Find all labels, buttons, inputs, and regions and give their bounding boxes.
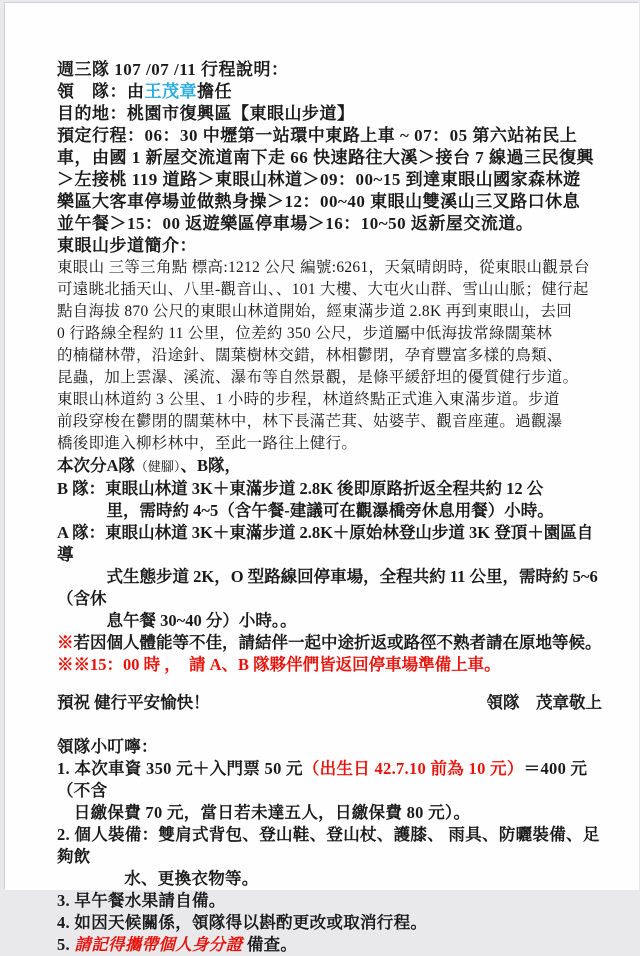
teams-heading-bold: 本次分A隊 <box>57 456 135 475</box>
reminders-heading: 領隊小叮嚀： <box>57 736 602 758</box>
wish-text: 預祝 健行平安愉快！ <box>57 692 210 714</box>
warning-text: 若因個人體能等不佳，請結伴一起中途折返或路徑不熟者請在原地等候。 <box>74 633 602 652</box>
leader-label: 領 隊：由 <box>57 82 145 101</box>
teams-heading: 本次分A隊（健腳）、B隊， <box>57 455 602 478</box>
warning-note-1: ※若因個人體能等不佳，請結伴一起中途折返或路徑不熟者請在原地等候。 <box>57 632 602 654</box>
document-page: 週三隊 107 /07 /11 行程說明： 領 隊：由王茂章擔任 目的地：桃園市… <box>5 3 639 890</box>
wish-signoff-line: 預祝 健行平安愉快！ 領隊 茂章敬上 <box>57 692 602 714</box>
document-content: 週三隊 107 /07 /11 行程說明： 領 隊：由王茂章擔任 目的地：桃園市… <box>57 59 602 890</box>
leader-name: 王茂章 <box>145 82 198 101</box>
intro-paragraph: 東眼山 三等三角點 標高:1212 公尺 編號:6261，天氣晴朗時，從東眼山觀… <box>57 257 602 455</box>
leader-suffix: 擔任 <box>197 82 232 101</box>
reminder-1-pre: 1. 本次車資 350 元＋入門票 50 元 <box>57 759 303 778</box>
warning-marker: ※ <box>57 633 74 652</box>
reminder-2: 2. 個人裝備：雙肩式背包、登山鞋、登山杖、護膝、 雨具、防曬裝備、足夠飲 水、… <box>57 824 602 890</box>
reminder-1: 1. 本次車資 350 元＋入門票 50 元（出生日 42.7.10 前為 10… <box>57 758 602 824</box>
reminder-1-red: （出生日 42.7.10 前為 10 元） <box>303 759 524 778</box>
destination-line: 目的地：桃園市復興區【東眼山步道】 <box>57 103 602 125</box>
teams-heading-note: （健腳） <box>135 459 181 474</box>
team-b-paragraph: B 隊：東眼山林道 3K＋東滿步道 2.8K 後即原路折返全程共約 12 公 里… <box>57 478 602 522</box>
teams-heading-rest: 、B隊， <box>180 456 241 475</box>
leader-line: 領 隊：由王茂章擔任 <box>57 81 602 103</box>
warning-note-2: ※※15：00 時 ， 請 A、B 隊夥伴們皆返回停車場準備上車。 <box>57 654 602 676</box>
intro-heading: 東眼山步道簡介： <box>57 235 602 257</box>
team-a-paragraph: A 隊：東眼山林道 3K＋東滿步道 2.8K＋原始林登山步道 3K 登頂＋園區自… <box>57 522 602 632</box>
schedule-paragraph: 預定行程：06：30 中壢第一站環中東路上車 ~ 07：05 第六站祐民上 車，… <box>57 125 602 235</box>
leader-signoff: 領隊 茂章敬上 <box>487 692 603 714</box>
doc-title: 週三隊 107 /07 /11 行程說明： <box>57 59 602 81</box>
